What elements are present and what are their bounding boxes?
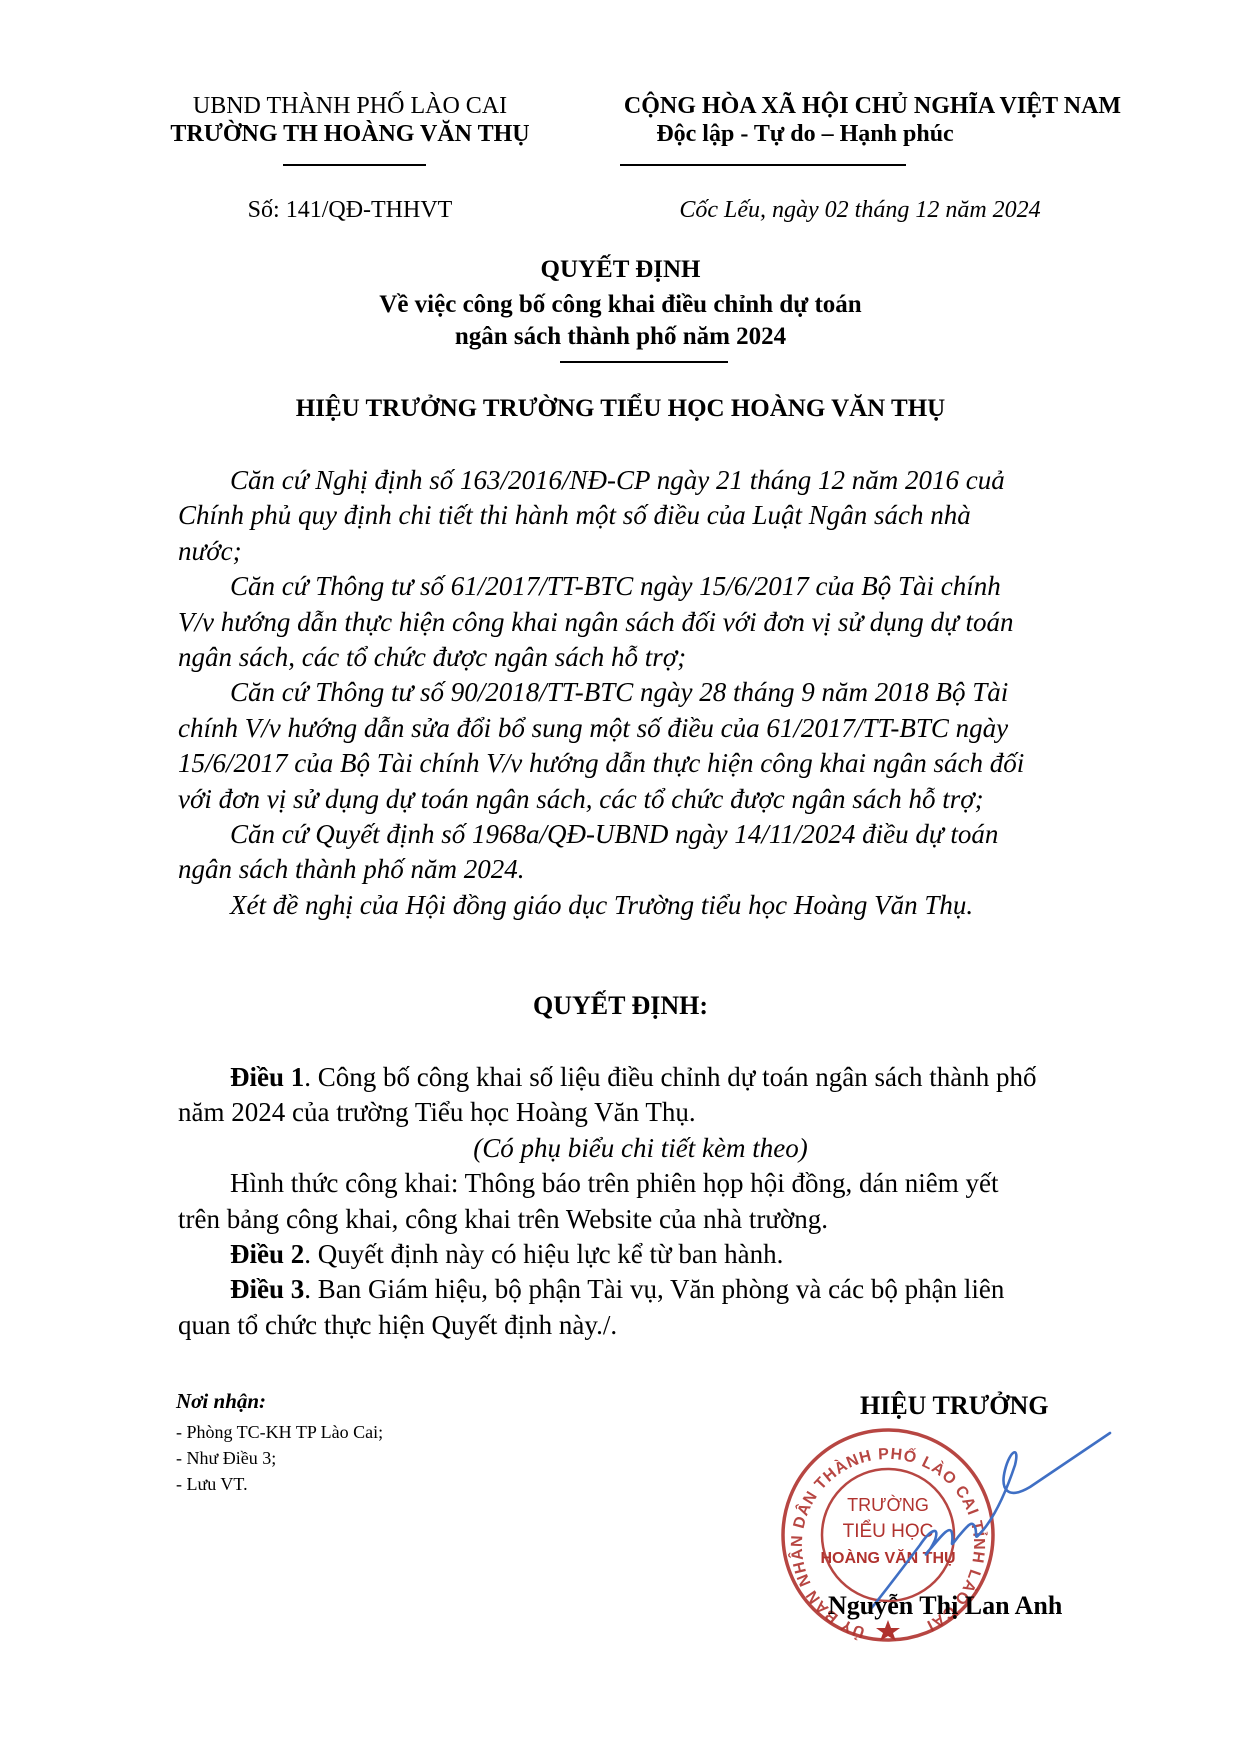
preamble-line: Căn cứ Quyết định số 1968a/QĐ-UBND ngày …: [178, 817, 1103, 852]
article-2: Điều 2. Quyết định này có hiệu lực kể từ…: [178, 1237, 1103, 1272]
article-3-label: Điều 3: [230, 1274, 304, 1304]
subject-underline: [560, 361, 728, 363]
issuing-authority: HIỆU TRƯỞNG TRƯỜNG TIỂU HỌC HOÀNG VĂN TH…: [0, 393, 1241, 425]
preamble-line: Xét đề nghị của Hội đồng giáo dục Trường…: [178, 888, 1103, 923]
national-title: CỘNG HÒA XÃ HỘI CHỦ NGHĨA VIỆT NAM: [590, 91, 1155, 121]
article-3-line2: quan tổ chức thực hiện Quyết định này./.: [178, 1308, 1103, 1343]
preamble-line: Chính phủ quy định chi tiết thi hành một…: [178, 498, 1103, 533]
recipient-item: - Lưu VT.: [176, 1472, 248, 1496]
article-1-note: (Có phụ biểu chi tiết kèm theo): [178, 1131, 1103, 1166]
document-subject: Về việc công bố công khai điều chỉnh dự …: [0, 290, 1241, 320]
article-3: Điều 3. Ban Giám hiệu, bộ phận Tài vụ, V…: [178, 1272, 1103, 1307]
article-1: Điều 1. Công bố công khai số liệu điều c…: [178, 1060, 1103, 1095]
issuer-underline: [283, 164, 426, 166]
national-motto: Độc lập - Tự do – Hạnh phúc: [590, 119, 1020, 149]
preamble-line: ngân sách, các tổ chức được ngân sách hỗ…: [178, 640, 1103, 675]
decision-heading: QUYẾT ĐỊNH:: [0, 990, 1241, 1022]
preamble: Căn cứ Nghị định số 163/2016/NĐ-CP ngày …: [178, 463, 1103, 923]
motto-underline: [620, 164, 906, 166]
preamble-line: 15/6/2017 của Bộ Tài chính V/v hướng dẫn…: [178, 746, 1103, 781]
recipient-item: - Như Điều 3;: [176, 1446, 276, 1470]
article-1-line2: năm 2024 của trường Tiểu học Hoàng Văn T…: [178, 1095, 1103, 1130]
publication-form: Hình thức công khai: Thông báo trên phiê…: [178, 1166, 1103, 1201]
articles: Điều 1. Công bố công khai số liệu điều c…: [178, 1060, 1103, 1343]
document-title: QUYẾT ĐỊNH: [0, 255, 1241, 285]
preamble-line: chính V/v hướng dẫn sửa đổi bổ sung một …: [178, 711, 1103, 746]
preamble-line: nước;: [178, 534, 1103, 569]
preamble-line: Căn cứ Nghị định số 163/2016/NĐ-CP ngày …: [178, 463, 1103, 498]
place-date: Cốc Lếu, ngày 02 tháng 12 năm 2024: [590, 195, 1130, 225]
article-1-text: . Công bố công khai số liệu điều chỉnh d…: [304, 1062, 1036, 1092]
article-3-text: . Ban Giám hiệu, bộ phận Tài vụ, Văn phò…: [304, 1274, 1004, 1304]
recipients-label: Nơi nhận:: [176, 1388, 266, 1414]
article-1-label: Điều 1: [230, 1062, 304, 1092]
issuer-authority: UBND THÀNH PHỐ LÀO CAI: [150, 91, 550, 121]
recipient-item: - Phòng TC-KH TP Lào Cai;: [176, 1420, 383, 1444]
article-2-label: Điều 2: [230, 1239, 304, 1269]
preamble-line: Căn cứ Thông tư số 61/2017/TT-BTC ngày 1…: [178, 569, 1103, 604]
preamble-line: V/v hướng dẫn thực hiện công khai ngân s…: [178, 605, 1103, 640]
article-2-text: . Quyết định này có hiệu lực kể từ ban h…: [304, 1239, 783, 1269]
preamble-line: với đơn vị sử dụng dự toán ngân sách, cá…: [178, 782, 1103, 817]
signer-title: HIỆU TRƯỞNG: [860, 1390, 1049, 1422]
document-number: Số: 141/QĐ-THHVT: [150, 195, 550, 225]
document-subject-line2: ngân sách thành phố năm 2024: [0, 322, 1241, 352]
publication-form-line2: trên bảng công khai, công khai trên Webs…: [178, 1202, 1103, 1237]
signer-name: Nguyễn Thị Lan Anh: [828, 1590, 1062, 1622]
preamble-line: ngân sách thành phố năm 2024.: [178, 852, 1103, 887]
preamble-line: Căn cứ Thông tư số 90/2018/TT-BTC ngày 2…: [178, 675, 1103, 710]
issuer-school: TRƯỜNG TH HOÀNG VĂN THỤ: [150, 119, 550, 149]
